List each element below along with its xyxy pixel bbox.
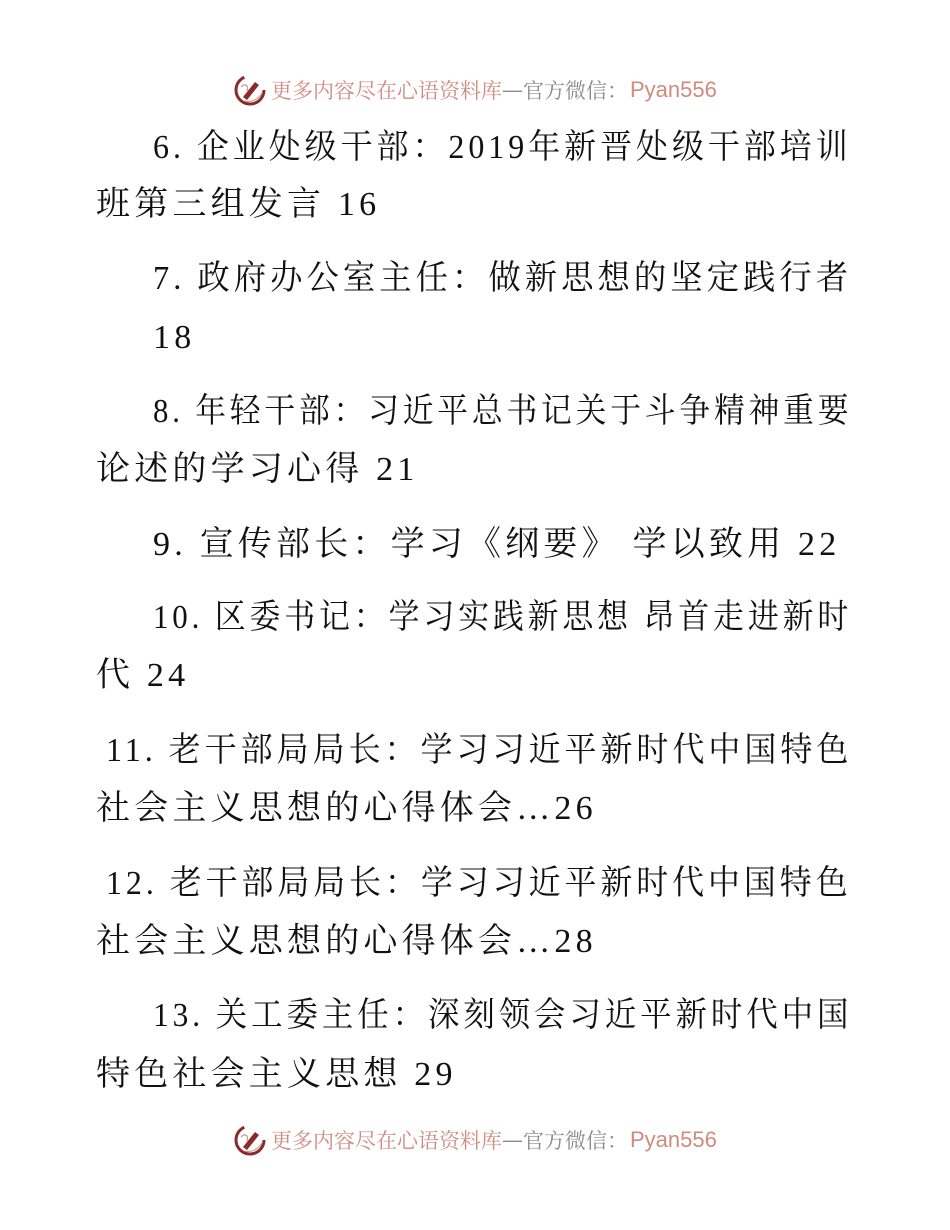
toc-entry-13-line-2: 特色社会主义思想 29 — [96, 1055, 457, 1095]
toc-entry-8-line-2: 论述的学习心得 21 — [96, 450, 419, 490]
watermark-separator: — — [502, 1128, 523, 1152]
pen-nib-logo-icon — [233, 1123, 267, 1157]
watermark-wechat-id: Pyan556 — [630, 1127, 717, 1153]
toc-entry-11-line-2: 社会主义思想的心得体会…26 — [96, 789, 597, 829]
toc-entry-12-line-2: 社会主义思想的心得体会…28 — [96, 922, 597, 962]
toc-entry-7-line-1: 7. 政府办公室主任：做新思想的坚定践行者 — [153, 259, 852, 299]
watermark-site-text: 更多内容尽在心语资料库 — [271, 75, 502, 105]
header-watermark: 更多内容尽在心语资料库 — 官方微信： Pyan556 — [233, 70, 717, 110]
document-page: 更多内容尽在心语资料库 — 官方微信： Pyan556 6. 企业处级干部：20… — [0, 0, 950, 1230]
toc-entry-12-line-1: 12. 老干部局局长：学习习近平新时代中国特色 — [106, 864, 852, 904]
toc-entry-6-line-1: 6. 企业处级干部：2019年新晋处级干部培训 — [153, 128, 852, 168]
toc-entry-10-line-2: 代 24 — [96, 656, 189, 696]
watermark-separator: — — [502, 78, 523, 102]
toc-entry-6-line-2: 班第三组发言 16 — [96, 185, 380, 225]
toc-entry-7-line-2: 18 — [153, 318, 195, 358]
pen-nib-logo-icon — [233, 73, 267, 107]
toc-entry-9-line-1: 9. 宣传部长：学习《纲要》 学以致用 22 — [153, 525, 840, 565]
toc-entry-13-line-1: 13. 关工委主任：深刻领会习近平新时代中国 — [153, 996, 852, 1036]
watermark-wechat-id: Pyan556 — [630, 77, 717, 103]
toc-entry-8-line-1: 8. 年轻干部：习近平总书记关于斗争精神重要 — [153, 392, 852, 432]
footer-watermark: 更多内容尽在心语资料库 — 官方微信： Pyan556 — [233, 1120, 717, 1160]
toc-entry-10-line-1: 10. 区委书记：学习实践新思想 昂首走进新时 — [153, 598, 852, 638]
watermark-site-text: 更多内容尽在心语资料库 — [271, 1125, 502, 1155]
watermark-wechat-label: 官方微信： — [523, 75, 628, 105]
watermark-wechat-label: 官方微信： — [523, 1125, 628, 1155]
toc-entry-11-line-1: 11. 老干部局局长：学习习近平新时代中国特色 — [106, 731, 852, 771]
